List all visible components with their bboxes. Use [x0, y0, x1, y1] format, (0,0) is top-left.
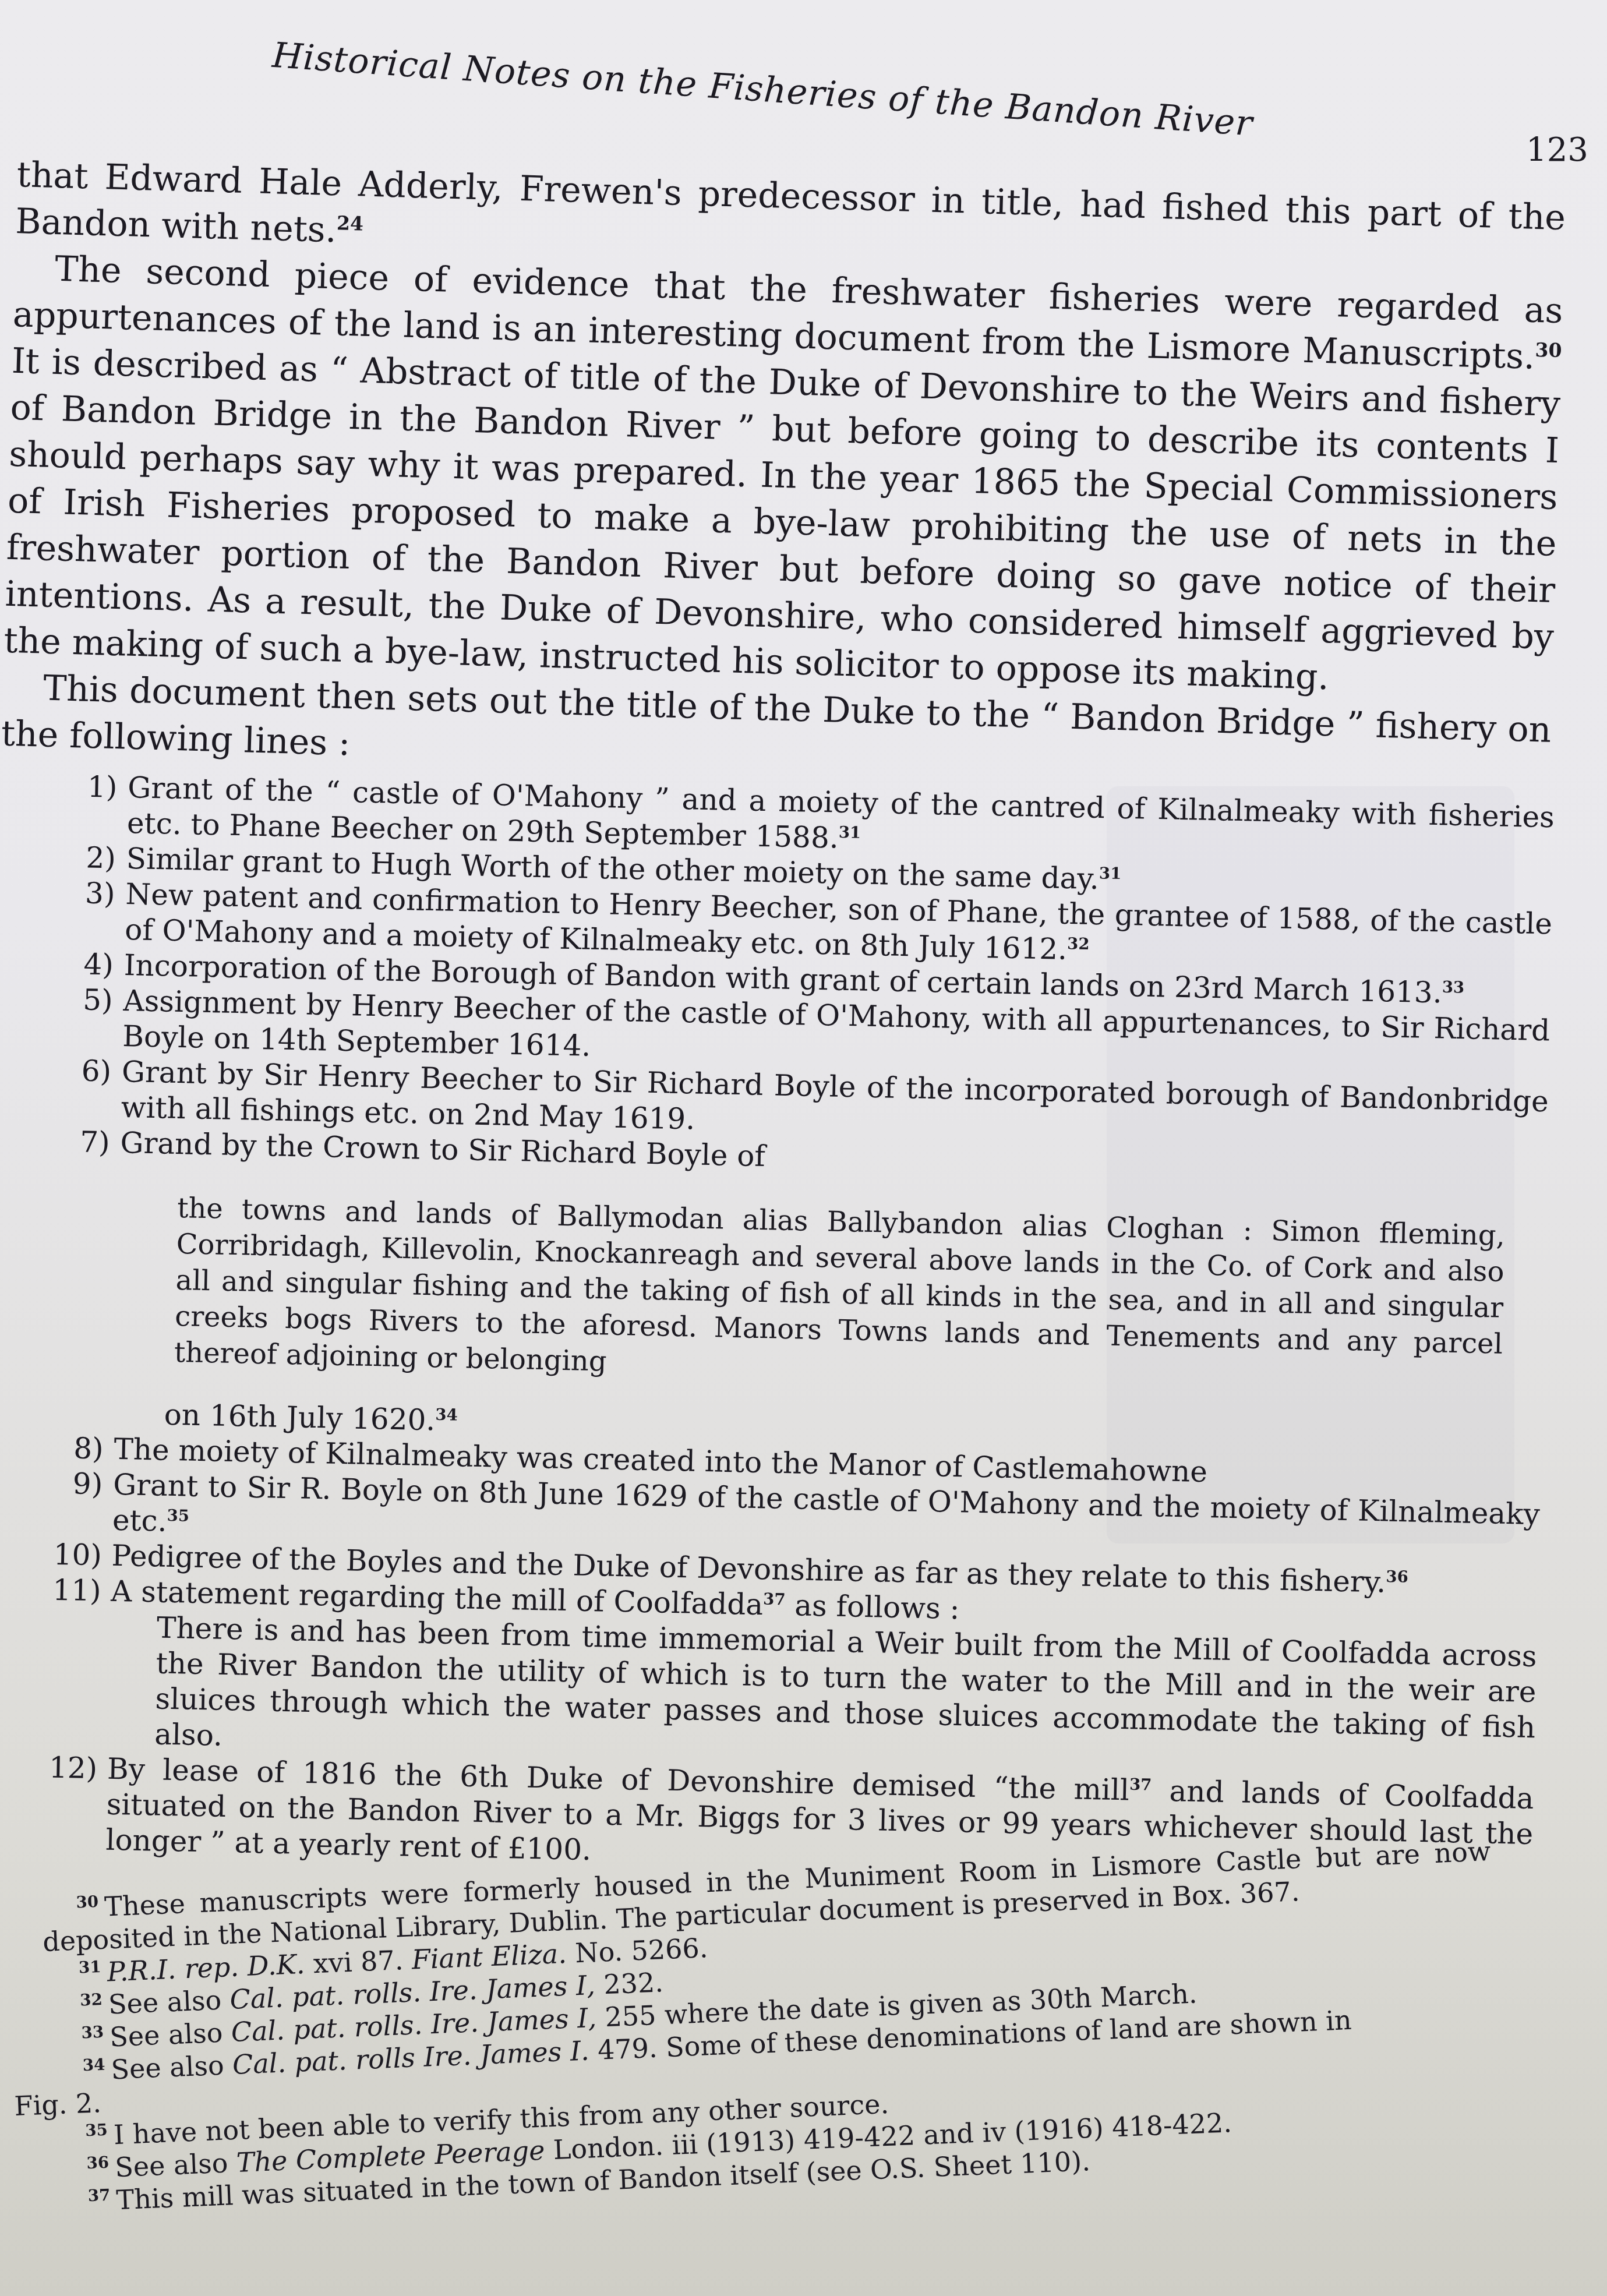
footnote-mark: 32	[80, 1990, 103, 2010]
footnote-ref[interactable]: 37	[763, 1590, 786, 1609]
list-number: 1)	[68, 769, 128, 841]
paragraph-2: The second piece of evidence that the fr…	[3, 245, 1563, 707]
list-number: 4)	[65, 946, 124, 983]
list-number: 3)	[66, 875, 126, 948]
list-number: 8)	[55, 1430, 114, 1467]
footnote-ref[interactable]: 36	[1386, 1567, 1408, 1587]
item-7-quote: the towns and lands of Ballymodan alias …	[174, 1190, 1505, 1398]
footnote-mark: 33	[81, 2022, 104, 2043]
running-head: Historical Notes on the Fisheries of the…	[271, 35, 1254, 144]
list-number: 7)	[62, 1124, 121, 1161]
footnote-ref[interactable]: 37	[1129, 1775, 1152, 1795]
list-number: 2)	[68, 840, 126, 877]
footnote-mark: 35	[85, 2120, 108, 2140]
body-text: that Edward Hale Adderly, Frewen's prede…	[1, 151, 1566, 800]
footnote-ref[interactable]: 30	[1535, 338, 1562, 362]
footnote-ref[interactable]: 33	[1442, 978, 1465, 997]
footnote-mark: 34	[82, 2054, 105, 2075]
footnote-mark: 36	[86, 2152, 110, 2173]
page-number: 123	[1526, 131, 1588, 169]
footnotes: 30These manuscripts were formerly housed…	[41, 1835, 1503, 2219]
footnote-ref[interactable]: 31	[839, 823, 861, 842]
list-item-11: 11) A statement regarding the mill of Co…	[50, 1573, 1538, 1781]
footnote-ref[interactable]: 35	[167, 1506, 189, 1525]
title-list: 1)Grant of the “ castle of O'Mahony ” an…	[47, 769, 1555, 1888]
footnote-mark: 37	[87, 2185, 111, 2205]
footnote-mark: 30	[76, 1892, 99, 1912]
list-number: 12)	[47, 1750, 108, 1858]
list-number: 6)	[62, 1053, 122, 1125]
footnote-ref[interactable]: 34	[435, 1405, 458, 1425]
list-number: 10)	[53, 1537, 112, 1574]
list-number: 5)	[64, 982, 124, 1054]
book-page: Historical Notes on the Fisheries of the…	[0, 0, 1607, 2296]
footnote-mark: 31	[79, 1957, 102, 1977]
list-number: 9)	[54, 1466, 114, 1538]
mill-statement-quote: There is and has been from time immemori…	[154, 1610, 1538, 1781]
footnote-ref[interactable]: 24	[336, 211, 363, 235]
footnote-ref[interactable]: 31	[1099, 864, 1122, 883]
footnote-ref[interactable]: 32	[1067, 934, 1090, 953]
list-number: 11)	[50, 1573, 111, 1751]
